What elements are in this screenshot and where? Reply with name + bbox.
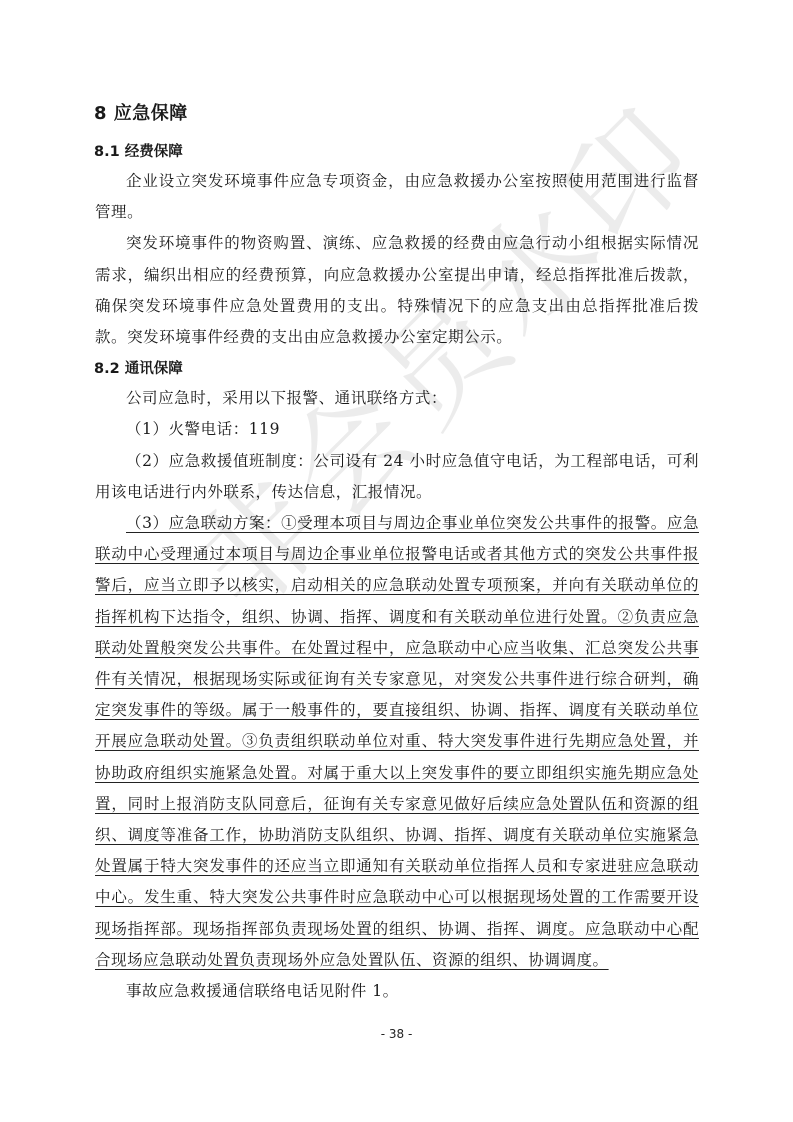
page-content: 8 应急保障 8.1 经费保障 企业设立突发环境事件应急专项资金，由应急救援办公… bbox=[95, 98, 699, 1007]
list-item-fire-phone: （1）火警电话：119 bbox=[95, 414, 699, 445]
list-item-linkage-plan: （3）应急联动方案：①受理本项目与周边企事业单位突发公共事件的报警。应急联动中心… bbox=[95, 508, 699, 976]
section-heading: 8 应急保障 bbox=[94, 98, 699, 130]
paragraph: 突发环境事件的物资购置、演练、应急救援的经费由应急行动小组根据实际情况需求，编织… bbox=[95, 228, 699, 353]
subsection-heading-funding: 8.1 经费保障 bbox=[94, 140, 699, 164]
paragraph: 公司应急时，采用以下报警、通讯联络方式： bbox=[95, 383, 699, 414]
document-page: 非会员水印 8 应急保障 8.1 经费保障 企业设立突发环境事件应急专项资金，由… bbox=[0, 0, 793, 1122]
paragraph: 企业设立突发环境事件应急专项资金，由应急救援办公室按照使用范围进行监督管理。 bbox=[95, 166, 699, 228]
subsection-heading-communication: 8.2 通讯保障 bbox=[94, 357, 699, 381]
list-item-duty-system: （2）应急救援值班制度：公司设有 24 小时应急值守电话，为工程部电话，可利用该… bbox=[95, 446, 699, 508]
page-number: - 38 - bbox=[0, 1027, 793, 1041]
paragraph: 事故应急救援通信联络电话见附件 1。 bbox=[95, 976, 699, 1007]
